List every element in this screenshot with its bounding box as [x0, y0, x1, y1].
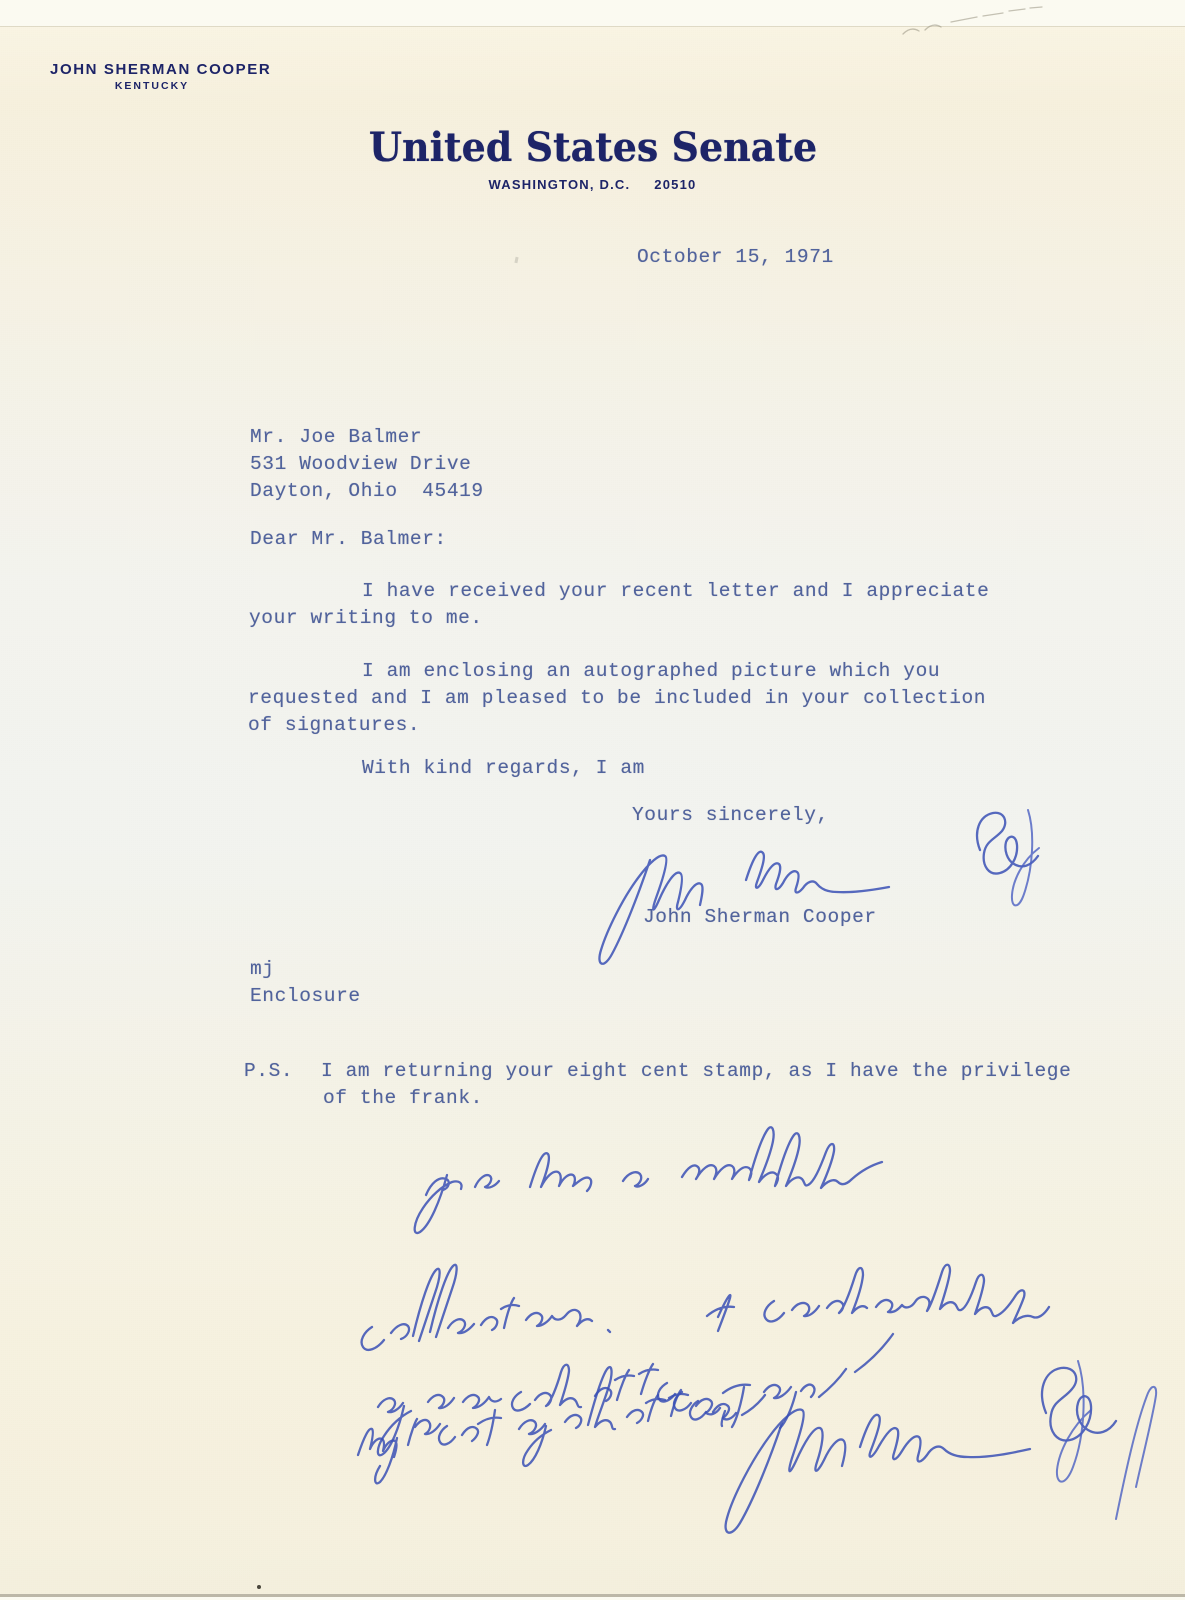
paragraph-2-line-1: I am enclosing an autographed picture wh… [362, 660, 940, 682]
postscript-label: P.S. [244, 1060, 293, 1082]
enclosure-note: Enclosure [250, 985, 361, 1007]
recipient-address-line-1: Mr. Joe Balmer [250, 426, 422, 448]
recipient-address-line-3: Dayton, Ohio 45419 [250, 480, 484, 502]
scan-bottom-edge [0, 1594, 1185, 1597]
masthead-zip: 20510 [654, 177, 696, 192]
typed-signature-name: John Sherman Cooper [643, 906, 877, 928]
masthead-address: WASHINGTON, D.C. 20510 [0, 177, 1185, 192]
masthead-city: WASHINGTON, D.C. [489, 177, 631, 192]
date-line: October 15, 1971 [637, 246, 834, 268]
salutation: Dear Mr. Balmer: [250, 528, 447, 550]
postscript-line-1: I am returning your eight cent stamp, as… [321, 1060, 1071, 1082]
closing-phrase: With kind regards, I am [362, 757, 645, 779]
paragraph-2-line-3: of signatures. [248, 714, 420, 736]
scanned-letter: JOHN SHERMAN COOPER KENTUCKY United Stat… [0, 0, 1185, 1600]
letter-page [0, 26, 1185, 1594]
paragraph-1-line-1: I have received your recent letter and I… [362, 580, 989, 602]
paragraph-2-line-2: requested and I am pleased to be include… [248, 687, 986, 709]
recipient-address-line-2: 531 Woodview Drive [250, 453, 471, 475]
typist-initials: mj [250, 958, 275, 980]
paragraph-1-line-2: your writing to me. [249, 607, 483, 629]
valediction: Yours sincerely, [632, 804, 829, 826]
senate-masthead: United States Senate [368, 124, 816, 171]
paper-speck-bottom [257, 1585, 261, 1589]
letterhead-sender-name: JOHN SHERMAN COOPER [50, 61, 254, 78]
letterhead-sender-state: KENTUCKY [50, 80, 254, 92]
postscript-line-2: of the frank. [323, 1087, 483, 1109]
